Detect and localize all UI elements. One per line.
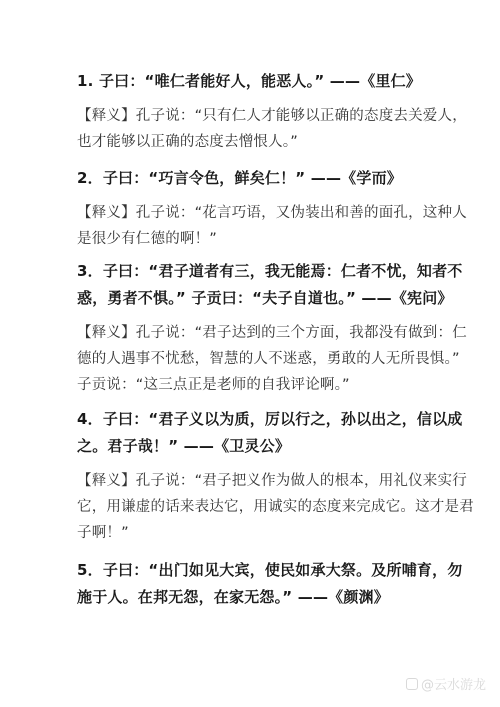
entry-heading: 4．子曰：“君子义以为质，厉以行之，孙以出之，信以成之。君子哉！” ——《卫灵公… [77, 406, 477, 460]
entry-4: 4．子曰：“君子义以为质，厉以行之，孙以出之，信以成之。君子哉！” ——《卫灵公… [77, 406, 477, 546]
entry-5: 5．子曰：“出门如见大宾，使民如承大祭。及所哺育，勿施于人。在邦无怨，在家无怨。… [77, 557, 477, 611]
entry-explanation: 【释义】孔子说：“君子把义作为做人的根本，用礼仪来实行它，用谦虚的话来表达它，用… [77, 468, 477, 546]
entry-1: 1. 子曰：“唯仁者能好人，能恶人。” ——《里仁》 【释义】孔子说：“只有仁人… [77, 68, 477, 155]
entry-2: 2．子曰：“巧言令色，鲜矣仁！” ——《学而》 【释义】孔子说：“花言巧语，又伪… [77, 165, 477, 252]
entry-explanation: 【释义】孔子说：“只有仁人才能够以正确的态度去关爱人，也才能够以正确的态度去憎恨… [77, 103, 477, 155]
entry-explanation: 【释义】孔子说：“花言巧语，又伪装出和善的面孔，这种人是很少有仁德的啊！” [77, 200, 477, 252]
entry-heading: 5．子曰：“出门如见大宾，使民如承大祭。及所哺育，勿施于人。在邦无怨，在家无怨。… [77, 557, 477, 611]
entry-heading: 1. 子曰：“唯仁者能好人，能恶人。” ——《里仁》 [77, 68, 477, 95]
logo-icon [406, 678, 418, 690]
entry-heading: 2．子曰：“巧言令色，鲜矣仁！” ——《学而》 [77, 165, 477, 192]
watermark-text: @云水游龙 [421, 674, 486, 693]
entry-heading: 3．子曰：“君子道者有三，我无能焉：仁者不忧，知者不惑，勇者不惧。” 子贡曰：“… [77, 258, 477, 312]
entry-explanation: 【释义】孔子说：“君子达到的三个方面，我都没有做到：仁德的人遇事不忧愁，智慧的人… [77, 320, 477, 398]
watermark: @云水游龙 [406, 674, 486, 693]
entry-3: 3．子曰：“君子道者有三，我无能焉：仁者不忧，知者不惑，勇者不惧。” 子贡曰：“… [77, 258, 477, 398]
